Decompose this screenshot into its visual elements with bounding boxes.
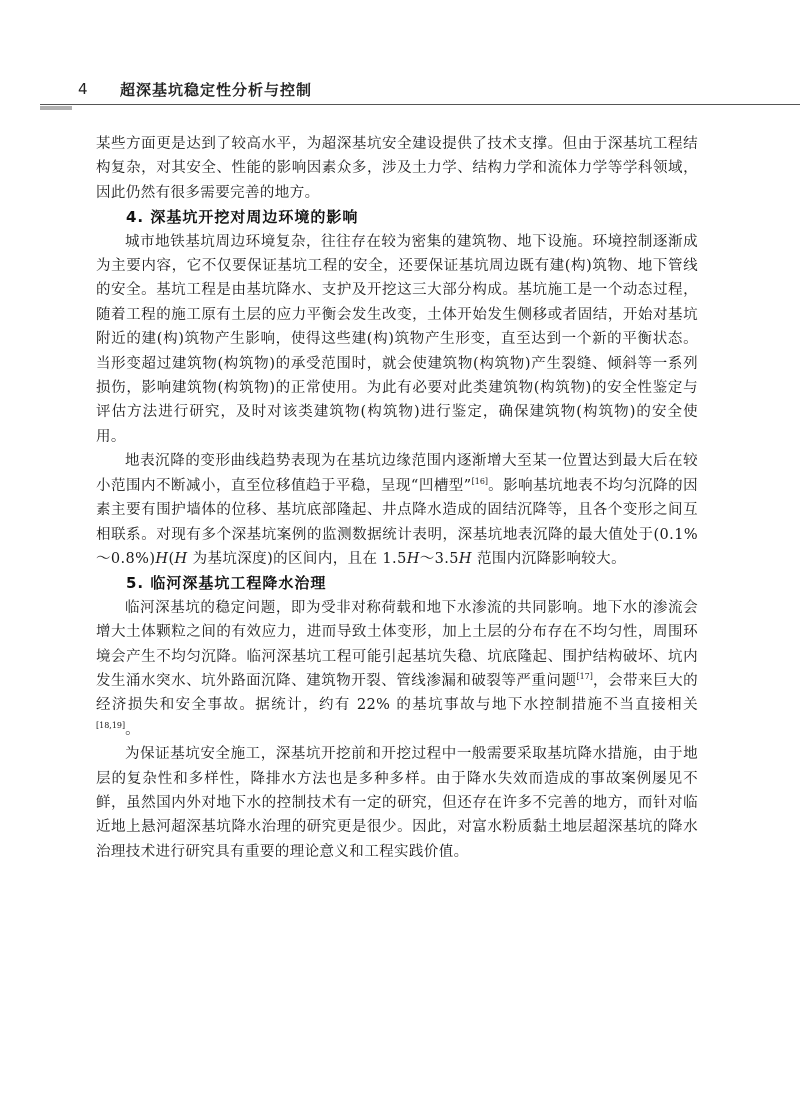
page-body: 某些方面更是达到了较高水平，为超深基坑安全建设提供了技术支撑。但由于深基坑工程结… [96,132,698,864]
paragraph-continued: 某些方面更是达到了较高水平，为超深基坑安全建设提供了技术支撑。但由于深基坑工程结… [96,132,698,205]
text-run: ～3.5 [420,551,459,567]
citation: [16] [472,477,488,486]
math-variable: H [155,551,168,567]
paragraph-dewatering: 为保证基坑安全施工，深基坑开挖前和开挖过程中一般需要采取基坑降水措施，由于地层的… [96,742,698,864]
section-heading-4: 4. 深基坑开挖对周边环境的影响 [96,205,698,229]
text-run: 为基坑深度)的区间内，且在 1.5 [188,551,407,567]
citation: [18,19] [96,721,125,730]
paragraph-settlement: 地表沉降的变形曲线趋势表现为在基坑边缘范围内逐渐增大至某一位置达到最大后在较小范… [96,449,698,571]
header-rule [40,104,800,105]
citation: [17] [576,672,592,681]
page-number: 4 [78,80,88,98]
text-run: 范围内沉降影响较大。 [472,551,626,567]
paragraph-riverside-stability: 临河深基坑的稳定问题，即为受非对称荷载和地下水渗流的共同影响。地下水的渗流会增大… [96,596,698,742]
running-header: 4 超深基坑稳定性分析与控制 [0,76,800,106]
section-heading-5: 5. 临河深基坑工程降水治理 [96,571,698,595]
paragraph-environment: 城市地铁基坑周边环境复杂，往往存在较为密集的建筑物、地下设施。环境控制逐渐成为主… [96,230,698,450]
header-accent-bar [40,106,72,110]
math-variable: H [175,551,188,567]
math-variable: H [407,551,420,567]
math-variable: H [459,551,472,567]
text-run: 。 [125,722,140,738]
book-title: 超深基坑稳定性分析与控制 [120,79,312,100]
